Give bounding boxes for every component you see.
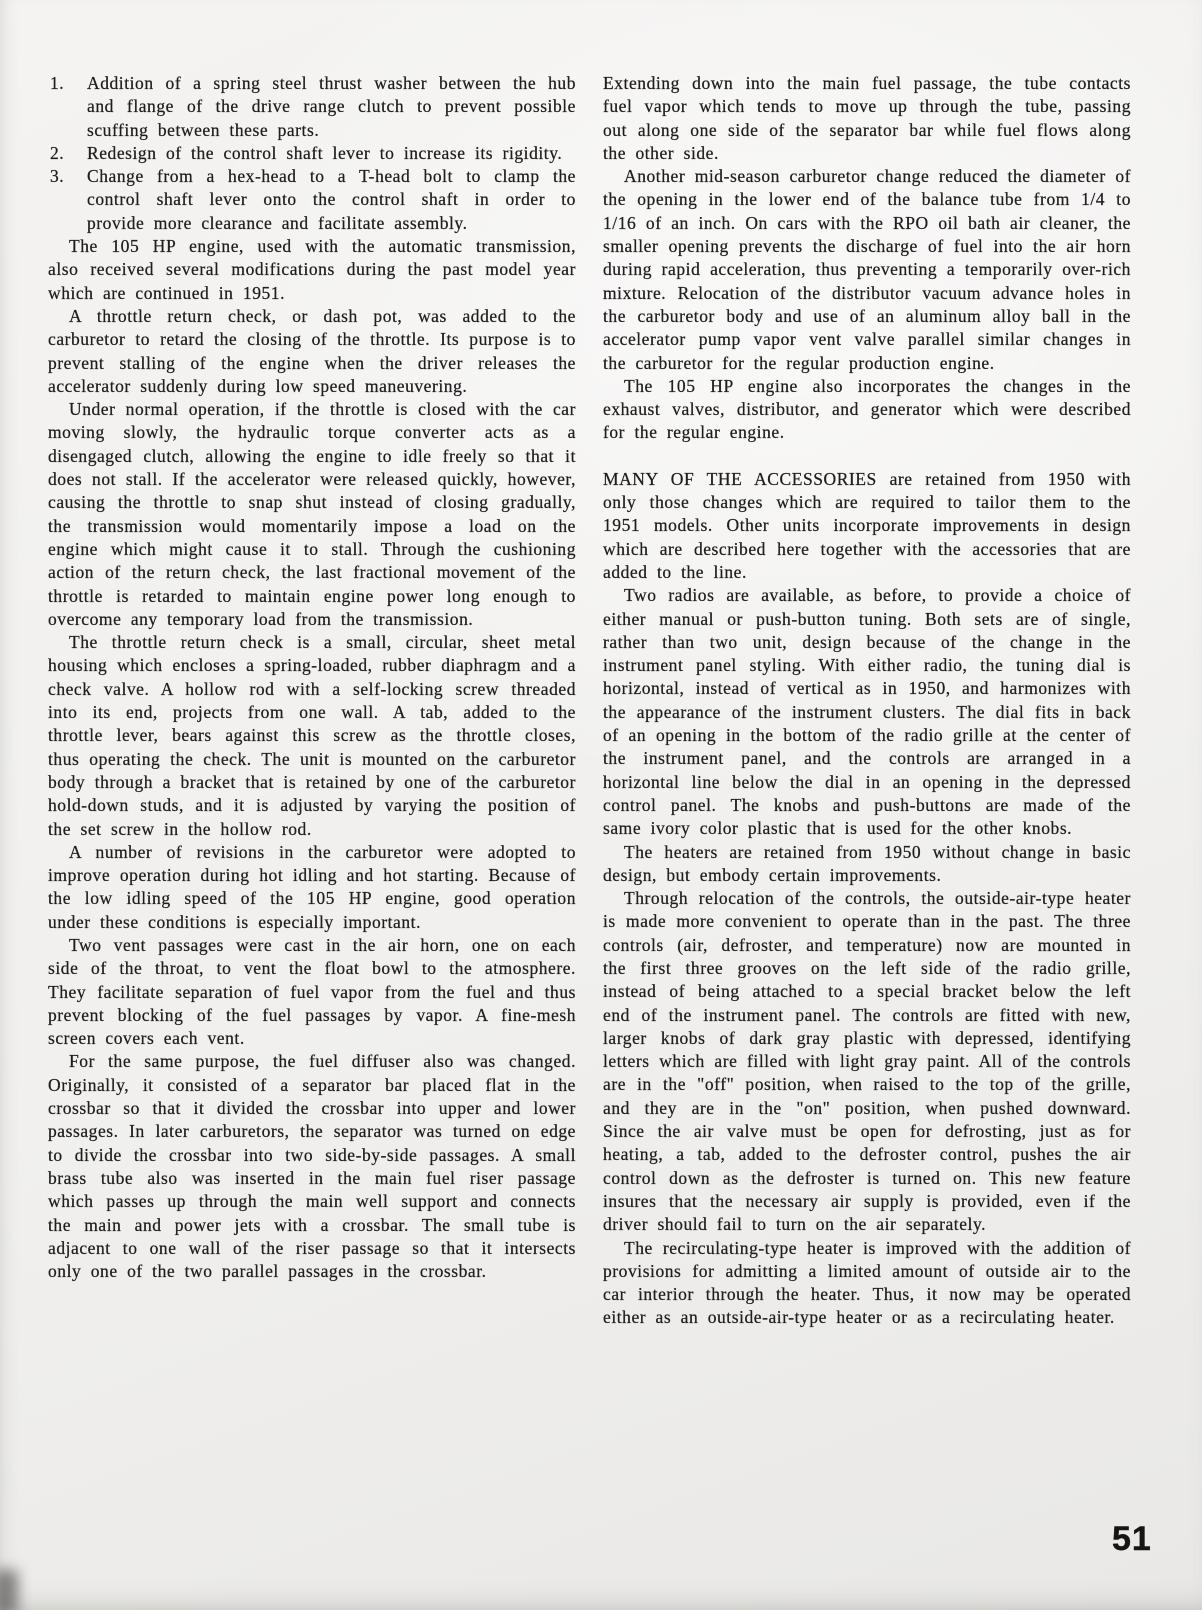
list-item-text: Redesign of the control shaft lever to i… bbox=[87, 143, 562, 163]
scan-smudge bbox=[0, 1570, 18, 1610]
page-number: 51 bbox=[1112, 1520, 1152, 1559]
numbered-list-item: 3.Change from a hex-head to a T-head bol… bbox=[48, 165, 576, 235]
list-item-number: 2. bbox=[50, 142, 64, 165]
paragraph: MANY OF THE ACCESSORIES are retained fro… bbox=[603, 468, 1131, 584]
paragraph: The throttle return check is a small, ci… bbox=[48, 631, 576, 841]
paragraph: Under normal operation, if the throttle … bbox=[48, 398, 576, 631]
paragraph: Extending down into the main fuel passag… bbox=[603, 72, 1131, 165]
document-page: 1.Addition of a spring steel thrust wash… bbox=[0, 0, 1202, 1610]
list-item-number: 3. bbox=[50, 165, 64, 188]
numbered-list-item: 1.Addition of a spring steel thrust wash… bbox=[48, 72, 576, 142]
list-item-number: 1. bbox=[50, 72, 64, 95]
paragraph: Two radios are available, as before, to … bbox=[603, 584, 1131, 840]
text-columns: 1.Addition of a spring steel thrust wash… bbox=[48, 72, 1131, 1330]
paragraph: Through relocation of the controls, the … bbox=[603, 887, 1131, 1236]
left-column: 1.Addition of a spring steel thrust wash… bbox=[48, 72, 576, 1330]
numbered-list-item: 2.Redesign of the control shaft lever to… bbox=[48, 142, 576, 165]
list-item-text: Addition of a spring steel thrust washer… bbox=[87, 73, 576, 140]
paragraph: For the same purpose, the fuel diffuser … bbox=[48, 1050, 576, 1283]
right-column: Extending down into the main fuel passag… bbox=[603, 72, 1131, 1330]
section-gap bbox=[603, 445, 1131, 468]
paragraph: The 105 HP engine also incorporates the … bbox=[603, 375, 1131, 445]
paragraph: Another mid-season carburetor change red… bbox=[603, 165, 1131, 375]
paragraph: Two vent passages were cast in the air h… bbox=[48, 934, 576, 1050]
paragraph: A number of revisions in the carburetor … bbox=[48, 841, 576, 934]
list-item-text: Change from a hex-head to a T-head bolt … bbox=[87, 166, 576, 233]
paragraph: The recirculating-type heater is improve… bbox=[603, 1237, 1131, 1330]
paragraph: The heaters are retained from 1950 witho… bbox=[603, 841, 1131, 888]
paragraph: A throttle return check, or dash pot, wa… bbox=[48, 305, 576, 398]
paragraph: The 105 HP engine, used with the automat… bbox=[48, 235, 576, 305]
